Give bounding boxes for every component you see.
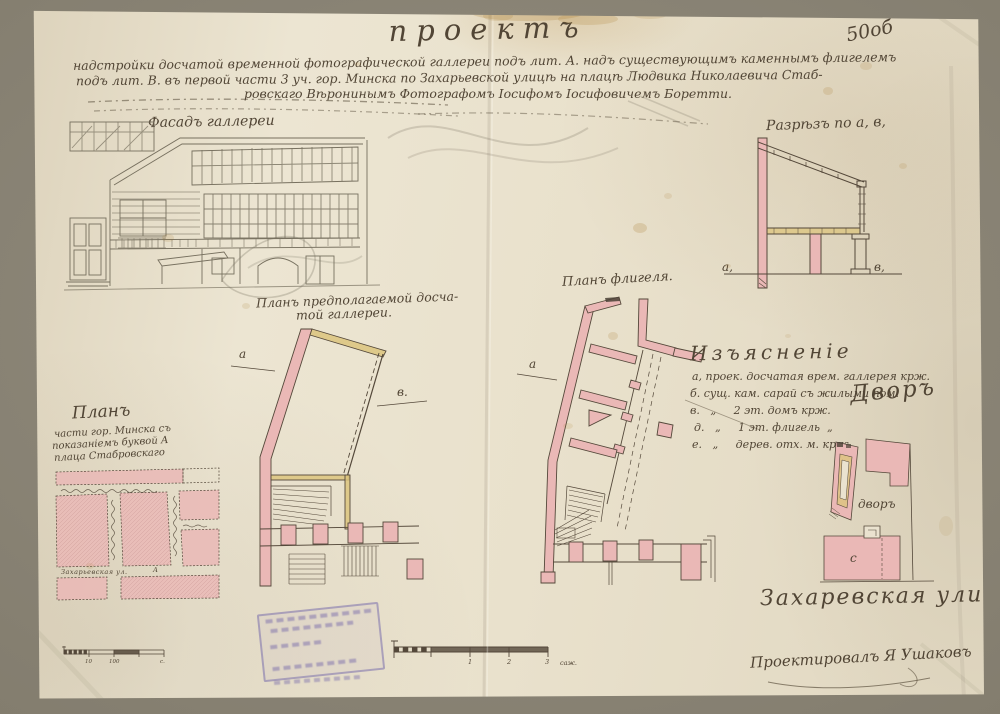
scale-right-unit: саж. xyxy=(560,659,577,667)
facade-drawing xyxy=(62,118,384,298)
section-marker-v: в, xyxy=(874,260,885,274)
scale-bar-left: 10 100 с. xyxy=(60,642,175,664)
legend-item: в. „ 2 эт. домъ крж. xyxy=(690,404,831,417)
stamp-text-row xyxy=(270,640,323,650)
scanned-sheet-backdrop: проектъ 50об надстройки досчатой временн… xyxy=(0,0,1000,714)
gallery-marker-a: а xyxy=(239,347,246,361)
archive-stamp xyxy=(257,602,385,682)
subtitle-line-3: ровскаго Вѣронинымъ Фотографомъ Іосифомъ… xyxy=(228,86,748,101)
section-marker-a: а, xyxy=(722,260,733,274)
stamp-text-row xyxy=(270,621,353,634)
scale-left-tick: с. xyxy=(160,659,165,665)
scale-right-tick: 3 xyxy=(545,658,549,666)
city-plan-drawing: Захарьевская ул. А xyxy=(53,466,236,606)
paper-sheet: проектъ 50об надстройки досчатой временн… xyxy=(28,6,984,702)
scale-right-tick: 1 xyxy=(468,658,472,666)
wing-plan-label: Планъ флигеля. xyxy=(562,269,673,290)
scale-bar-right: 1 2 3 саж. xyxy=(386,638,586,666)
city-plot-mark: А xyxy=(152,566,158,574)
folio-number: 50об xyxy=(844,16,895,47)
gallery-plan-drawing: а в. xyxy=(231,326,449,618)
signature: Проектировалъ Я Ушаковъ xyxy=(750,642,972,672)
scale-left-tick: 100 xyxy=(109,659,120,665)
site-plan-drawing: дворъ с xyxy=(820,430,940,587)
legend-item: д. „ 1 эт. флигель „ xyxy=(694,421,833,434)
city-plan-label: Планъ xyxy=(72,400,131,423)
sheet-title: проектъ xyxy=(338,9,639,49)
gallery-marker-v: в. xyxy=(397,385,408,399)
legend-heading: Изъясненіе xyxy=(690,339,853,366)
scale-right-tick: 2 xyxy=(506,658,511,666)
wing-marker-a: а xyxy=(529,357,536,371)
street-name: Захаревская улица xyxy=(760,582,1000,611)
site-courtyard-label: дворъ xyxy=(858,497,896,511)
gallery-plan-label-2: той галлереи. xyxy=(296,304,392,322)
wing-plan-drawing: а xyxy=(493,290,718,602)
city-street-name: Захарьевская ул. xyxy=(61,568,128,576)
section-drawing: а, в, xyxy=(714,128,909,298)
site-house-label: с xyxy=(850,551,857,565)
scale-left-tick: 10 xyxy=(85,659,92,665)
stamp-text-row xyxy=(272,658,360,671)
